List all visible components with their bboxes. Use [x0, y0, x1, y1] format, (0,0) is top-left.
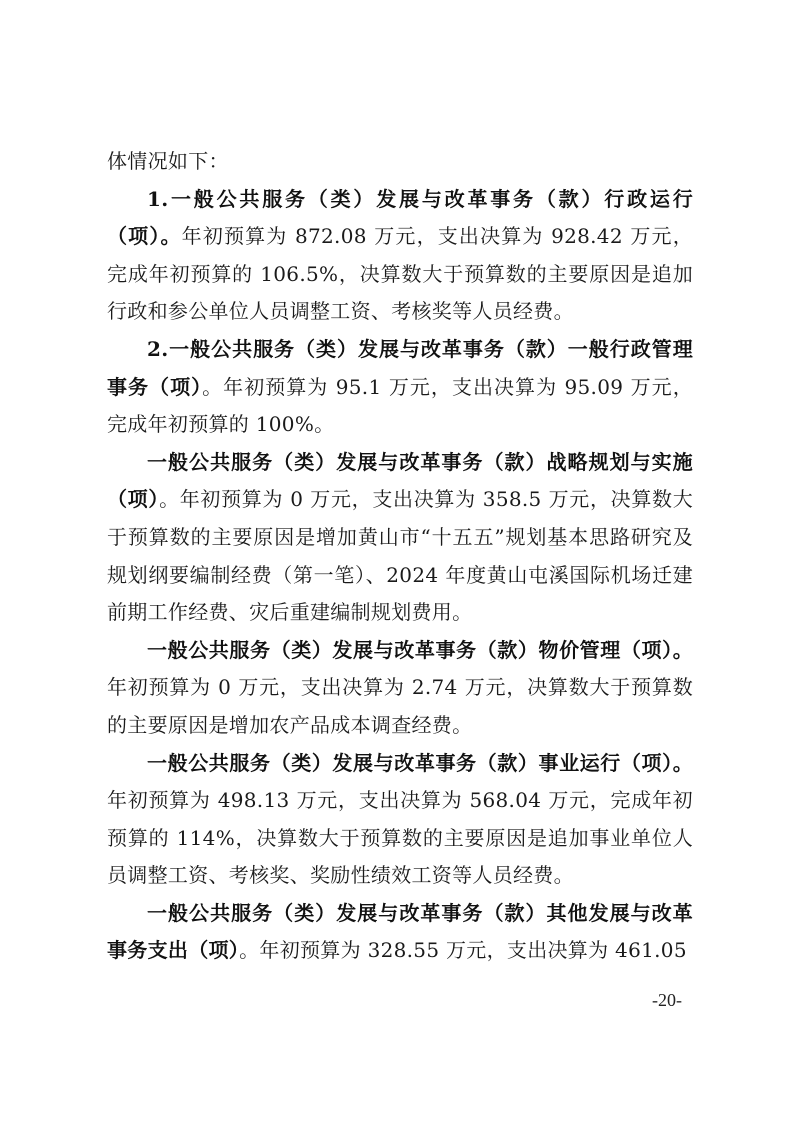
- paragraph-text: 体情况如下：: [107, 149, 229, 173]
- paragraph-price-management: 一般公共服务（类）发展与改革事务（款）物价管理（项）。年初预算为 0 万元，支出…: [107, 632, 693, 745]
- paragraph-text: 年初预算为 0 万元，支出决算为 2.74 万元，决算数大于预算数的主要原因是增…: [107, 675, 693, 737]
- paragraph-other-reform: 一般公共服务（类）发展与改革事务（款）其他发展与改革事务支出（项）。年初预算为 …: [107, 895, 693, 970]
- paragraph-text: 。年初预算为 328.55 万元，支出决算为 461.05: [239, 938, 687, 962]
- paragraph-general-admin: 2.一般公共服务（类）发展与改革事务（款）一般行政管理事务（项）。年初预算为 9…: [107, 331, 693, 444]
- document-page: 体情况如下： 1.一般公共服务（类）发展与改革事务（款）行政运行（项）。年初预算…: [0, 0, 793, 1122]
- page-number: -20-: [652, 990, 682, 1011]
- paragraph-text: 年初预算为 872.08 万元，支出决算为 928.42 万元，完成年初预算的 …: [107, 224, 693, 323]
- paragraph-text: 。年初预算为 0 万元，支出决算为 358.5 万元，决算数大于预算数的主要原因…: [107, 487, 693, 624]
- paragraph-heading: 一般公共服务（类）发展与改革事务（款）物价管理（项）。: [147, 638, 693, 662]
- body-text: 体情况如下： 1.一般公共服务（类）发展与改革事务（款）行政运行（项）。年初预算…: [107, 143, 693, 970]
- paragraph-text: 年初预算为 498.13 万元，支出决算为 568.04 万元，完成年初预算的 …: [107, 788, 693, 887]
- paragraph-institution-operation: 一般公共服务（类）发展与改革事务（款）事业运行（项）。年初预算为 498.13 …: [107, 745, 693, 895]
- paragraph-heading: 一般公共服务（类）发展与改革事务（款）事业运行（项）。: [147, 751, 693, 775]
- paragraph-admin-operation: 1.一般公共服务（类）发展与改革事务（款）行政运行（项）。年初预算为 872.0…: [107, 181, 693, 331]
- paragraph-intro: 体情况如下：: [107, 143, 693, 181]
- paragraph-strategic-planning: 一般公共服务（类）发展与改革事务（款）战略规划与实施（项）。年初预算为 0 万元…: [107, 444, 693, 632]
